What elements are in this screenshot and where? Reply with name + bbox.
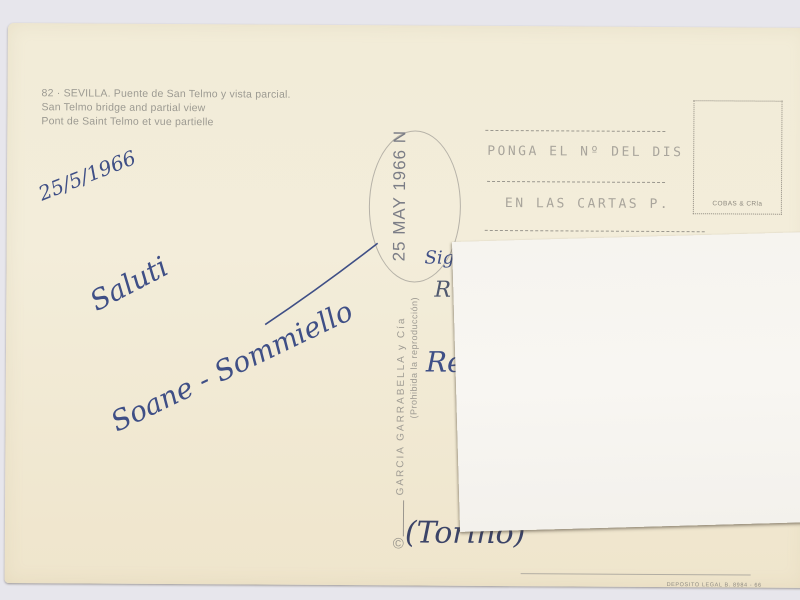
cancel-line [485, 230, 705, 232]
postmark-slogan-1: PONGA EL Nº DEL DIS [487, 144, 683, 160]
caption-english: San Telmo bridge and partial view [41, 100, 290, 116]
publisher-notice: (Prohibida la reproducción) [409, 297, 420, 419]
stamp-box: COBAS & CRla [693, 100, 783, 215]
publisher-name: GARCIA GARRABELLA y Cía [395, 317, 407, 496]
cancel-line [487, 181, 665, 183]
postmark-slogan-2: EN LAS CARTAS P. [505, 196, 670, 212]
legal-deposit: DEPOSITO LEGAL B. 8984 - 66 [667, 582, 762, 589]
address-line-rule [521, 573, 751, 575]
postmark-date: 25 MAY 1966 N [390, 130, 411, 262]
postcard-caption: 82 · SEVILLA. Puente de San Telmo y vist… [41, 86, 290, 130]
caption-french: Pont de Saint Telmo et vue partielle [41, 114, 290, 130]
overlay-white-card [452, 232, 800, 532]
copyright-icon: © [393, 535, 404, 552]
signature-underline [261, 237, 382, 333]
handwritten-date: 25/5/1966 [35, 145, 139, 205]
handwritten-greeting: Saluti [84, 250, 173, 318]
cancel-line [485, 130, 665, 132]
stamp-box-label: COBAS & CRla [694, 200, 781, 208]
caption-spanish: 82 · SEVILLA. Puente de San Telmo y vist… [42, 86, 291, 102]
address-line-2: R [434, 278, 451, 303]
